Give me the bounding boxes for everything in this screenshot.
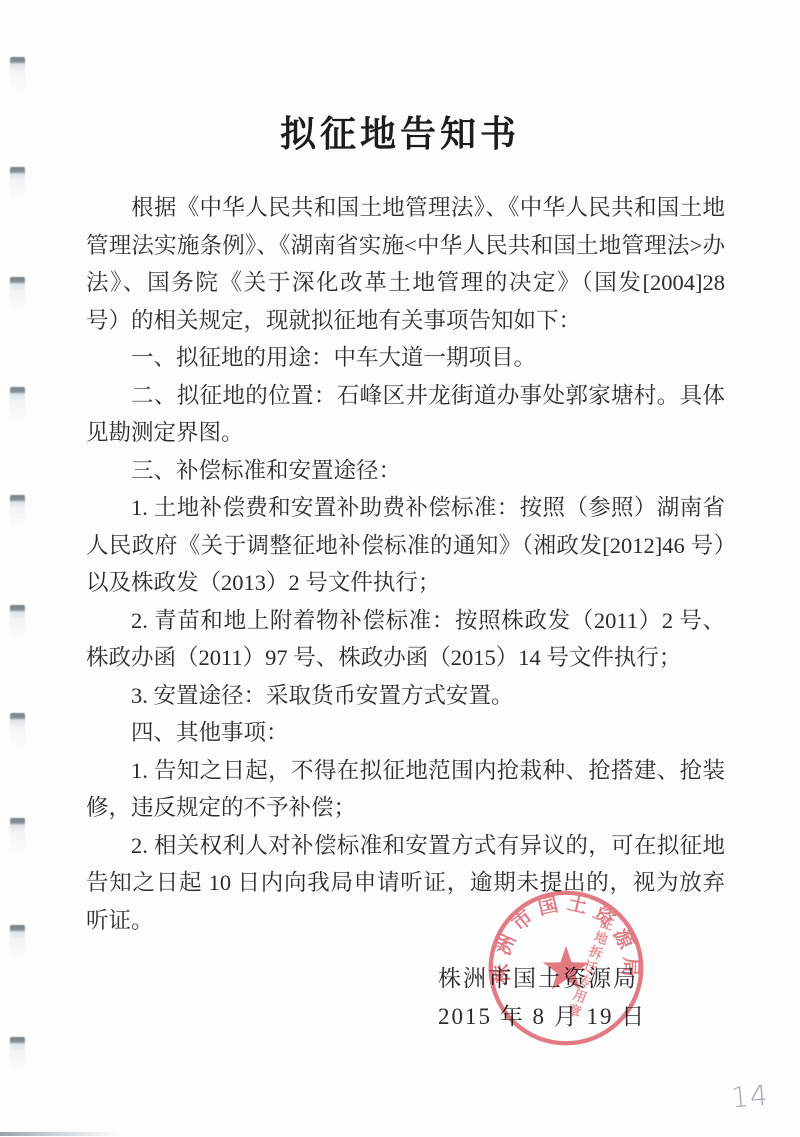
binding-mark xyxy=(10,167,25,203)
binding-mark xyxy=(10,1037,25,1073)
binding-mark xyxy=(10,818,25,854)
document-body: 根据《中华人民共和国土地管理法》、《中华人民共和国土地管理法实施条例》、《湖南省… xyxy=(86,189,725,939)
paragraph-item-4: 四、其他事项： xyxy=(86,714,725,752)
binding-mark xyxy=(10,713,25,749)
paragraph-intro: 根据《中华人民共和国土地管理法》、《中华人民共和国土地管理法实施条例》、《湖南省… xyxy=(86,189,725,339)
binding-mark xyxy=(10,925,25,961)
scanned-document-page: 拟征地告知书 根据《中华人民共和国土地管理法》、《中华人民共和国土地管理法实施条… xyxy=(0,0,800,1137)
handwritten-page-number: 14 xyxy=(730,1079,770,1115)
paragraph-item-3-2: 2. 青苗和地上附着物补偿标准：按照株政发（2011）2 号、株政办函（2011… xyxy=(86,602,725,677)
binding-mark xyxy=(10,277,25,313)
document-title: 拟征地告知书 xyxy=(0,106,800,157)
signature-date: 2015 年 8 月 19 日 xyxy=(438,998,646,1036)
paragraph-item-3-1: 1. 土地补偿费和安置补助费补偿标准：按照（参照）湖南省人民政府《关于调整征地补… xyxy=(86,489,725,602)
paragraph-item-3-3: 3. 安置途径：采取货币安置方式安置。 xyxy=(86,677,725,715)
paragraph-item-4-1: 1. 告知之日起，不得在拟征地范围内抢栽种、抢搭建、抢装修，违反规定的不予补偿； xyxy=(86,752,725,827)
binding-mark xyxy=(10,57,25,93)
paragraph-item-3: 三、补偿标准和安置途径： xyxy=(86,452,725,490)
signature-agency: 株洲市国土资源局 xyxy=(438,960,646,998)
binding-mark xyxy=(10,605,25,641)
paragraph-item-1: 一、拟征地的用途：中车大道一期项目。 xyxy=(86,339,725,377)
binding-mark xyxy=(10,495,25,531)
paragraph-item-2: 二、拟征地的位置：石峰区井龙街道办事处郭家塘村。具体见勘测定界图。 xyxy=(86,377,725,452)
binding-mark xyxy=(10,387,25,423)
paragraph-item-4-2: 2. 相关权利人对补偿标准和安置方式有异议的，可在拟征地告知之日起 10 日内向… xyxy=(86,827,725,940)
signature-block: 株洲市国土资源局 2015 年 8 月 19 日 xyxy=(438,960,646,1035)
scan-edge-artifact xyxy=(0,1132,120,1136)
